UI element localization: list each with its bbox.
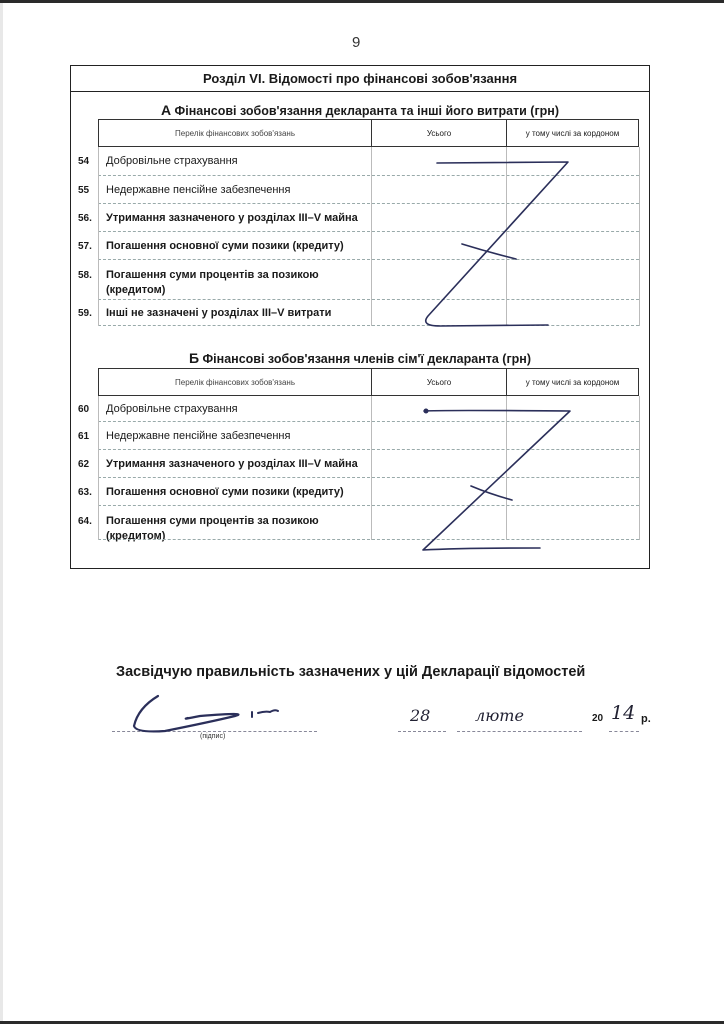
part-a-title-text: Фінансові зобов'язання декларанта та інш… <box>171 104 559 118</box>
amount-abroad-field[interactable] <box>507 396 639 421</box>
header-list: Перелік фінансових зобов'язань <box>99 369 372 395</box>
header-abroad: у тому числі за кордоном <box>507 369 638 395</box>
row-number: 58. <box>78 270 92 281</box>
header-total: Усього <box>372 120 507 146</box>
column-right-border <box>639 396 640 540</box>
row-label: Погашення основної суми позики (кредиту) <box>106 485 376 500</box>
row-label: Погашення суми процентів за позикою (кре… <box>106 268 376 298</box>
amount-total-field[interactable] <box>372 147 506 175</box>
column-right-border <box>639 147 640 326</box>
amount-total-field[interactable] <box>372 260 506 299</box>
amount-abroad-field[interactable] <box>507 260 639 299</box>
row-number: 60 <box>78 404 89 415</box>
part-b-title-text: Фінансові зобов'язання членів сім'ї декл… <box>199 352 531 366</box>
amount-abroad-field[interactable] <box>507 300 639 325</box>
amount-abroad-field[interactable] <box>507 232 639 259</box>
row-number: 62 <box>78 459 89 470</box>
amount-abroad-field[interactable] <box>507 422 639 449</box>
amount-total-field[interactable] <box>372 396 506 421</box>
signature-stroke <box>134 696 238 731</box>
amount-total-field[interactable] <box>372 204 506 231</box>
signature-line[interactable] <box>112 731 317 732</box>
row-number: 61 <box>78 431 89 442</box>
date-month-line[interactable] <box>457 731 582 732</box>
row-number: 64. <box>78 516 92 527</box>
amount-abroad-field[interactable] <box>507 450 639 477</box>
part-b-title: Б Фінансові зобов'язання членів сім'ї де… <box>71 350 649 366</box>
signature-caption: (підпис) <box>200 733 225 740</box>
year-abbrev: р. <box>641 713 651 725</box>
header-list: Перелік фінансових зобов'язань <box>99 120 372 146</box>
amount-abroad-field[interactable] <box>507 204 639 231</box>
row-number: 63. <box>78 487 92 498</box>
amount-total-field[interactable] <box>372 506 506 539</box>
date-month: люте <box>475 706 524 725</box>
attestation-text: Засвідчую правильність зазначених у цій … <box>116 664 585 680</box>
amount-total-field[interactable] <box>372 478 506 505</box>
year-suffix: 14 <box>611 702 635 724</box>
amount-abroad-field[interactable] <box>507 478 639 505</box>
column-left-border <box>98 396 99 540</box>
section-title: Розділ VI. Відомості про фінансові зобов… <box>71 66 649 92</box>
amount-total-field[interactable] <box>372 450 506 477</box>
amount-total-field[interactable] <box>372 300 506 325</box>
section-vi-box: Розділ VI. Відомості про фінансові зобов… <box>70 65 650 569</box>
amount-abroad-field[interactable] <box>507 147 639 175</box>
amount-abroad-field[interactable] <box>507 506 639 539</box>
row-label: Погашення основної суми позики (кредиту) <box>106 239 376 254</box>
amount-total-field[interactable] <box>372 232 506 259</box>
row-divider <box>98 325 639 326</box>
date-day-line[interactable] <box>398 731 446 732</box>
amount-total-field[interactable] <box>372 176 506 203</box>
row-label: Добровільне страхування <box>106 154 376 169</box>
row-label: Утримання зазначеного у розділах III–V м… <box>106 457 376 472</box>
signature-stroke-2 <box>252 710 278 717</box>
row-number: 54 <box>78 156 89 167</box>
row-label: Утримання зазначеного у розділах III–V м… <box>106 211 376 226</box>
amount-total-field[interactable] <box>372 422 506 449</box>
row-number: 56. <box>78 213 92 224</box>
scan-left-edge <box>0 3 3 1021</box>
part-a-title: А Фінансові зобов'язання декларанта та і… <box>71 102 649 118</box>
scan-top-edge <box>0 0 724 3</box>
date-year-line[interactable] <box>609 731 639 732</box>
row-divider <box>98 539 639 540</box>
part-a-letter: А <box>161 102 171 118</box>
part-b-table-header: Перелік фінансових зобов'язань Усього у … <box>98 368 639 396</box>
row-label: Недержавне пенсійне забезпечення <box>106 183 376 198</box>
row-label: Недержавне пенсійне забезпечення <box>106 429 376 444</box>
part-b-letter: Б <box>189 350 199 366</box>
part-a-table-header: Перелік фінансових зобов'язань Усього у … <box>98 119 639 147</box>
date-day: 28 <box>410 706 430 725</box>
header-abroad: у тому числі за кордоном <box>507 120 638 146</box>
page-number: 9 <box>352 34 360 51</box>
row-label: Добровільне страхування <box>106 402 376 417</box>
header-total: Усього <box>372 369 507 395</box>
row-number: 57. <box>78 241 92 252</box>
column-left-border <box>98 147 99 326</box>
row-number: 55 <box>78 185 89 196</box>
row-number: 59. <box>78 308 92 319</box>
amount-abroad-field[interactable] <box>507 176 639 203</box>
year-prefix: 20 <box>592 713 603 724</box>
row-label: Інші не зазначені у розділах III–V витра… <box>106 306 376 321</box>
